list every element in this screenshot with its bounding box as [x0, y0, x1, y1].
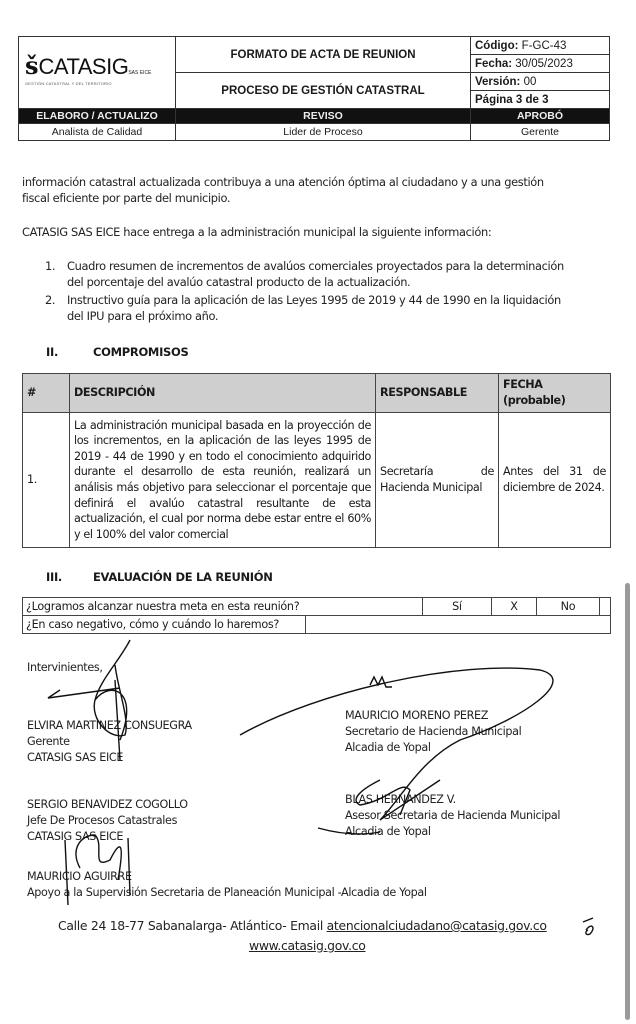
role-heading: APROBÓ — [471, 109, 610, 124]
signatories-intro: Intervinientes, — [27, 660, 103, 676]
role-value: Analista de Calidad — [19, 124, 176, 141]
catasig-logo-icon: š — [25, 51, 39, 80]
footer-website: www.catasig.gov.co — [249, 938, 366, 953]
role-value: Lider de Proceso — [176, 124, 471, 141]
list-item: 2. Instructivo guía para la aplicación d… — [45, 292, 561, 324]
role-value: Gerente — [471, 124, 610, 141]
codigo: Código: F-GC-43 — [471, 37, 610, 55]
signatory-block: ELVIRA MARTINEZ CONSUEGRAGerenteCATASIG … — [27, 718, 192, 766]
pagina: Página 3 de 3 — [471, 91, 610, 109]
si-checkbox[interactable]: X — [491, 598, 536, 616]
section-title: EVALUACIÓN DE LA REUNIÓN — [93, 570, 273, 584]
version: Versión: 00 — [471, 73, 610, 91]
evaluation-table: ¿Logramos alcanzar nuestra meta en esta … — [22, 597, 611, 634]
paragraph-1: información catastral actualizada contri… — [22, 174, 544, 206]
logo-tagline: GESTIÓN CATASTRAL Y DEL TERRITORIO — [25, 81, 151, 86]
table-row: ¿En caso negativo, cómo y cuándo lo hare… — [23, 616, 611, 634]
list-item: 1. Cuadro resumen de incrementos de aval… — [45, 258, 564, 290]
section-number: II. — [46, 345, 58, 359]
signatory-block: MAURICIO AGUIRREApoyo a la Supervisión S… — [27, 869, 427, 901]
table-header-row: # DESCRIPCIÓN RESPONSABLE FECHA(probable… — [23, 374, 611, 413]
role-heading: REVISO — [176, 109, 471, 124]
section-title: COMPROMISOS — [93, 345, 188, 359]
fecha: Fecha: 30/05/2023 — [471, 55, 610, 73]
paragraph-2: CATASIG SAS EICE hace entrega a la admin… — [22, 224, 491, 240]
form-title: FORMATO DE ACTA DE REUNION — [176, 37, 471, 73]
section-number: III. — [46, 570, 62, 584]
table-row: ¿Logramos alcanzar nuestra meta en esta … — [23, 598, 611, 616]
role-heading: ELABORO / ACTUALIZO — [19, 109, 176, 124]
signatory-block: MAURICIO MORENO PEREZSecretario de Hacie… — [345, 708, 521, 756]
footer-address: Calle 24 18-77 Sabanalarga- Atlántico- E… — [58, 918, 547, 933]
document-header: šCATASIGSAS EICE GESTIÓN CATASTRAL Y DEL… — [18, 36, 610, 141]
answer-field[interactable] — [306, 616, 611, 634]
logo-cell: šCATASIGSAS EICE GESTIÓN CATASTRAL Y DEL… — [19, 37, 176, 109]
commitments-table: # DESCRIPCIÓN RESPONSABLE FECHA(probable… — [22, 373, 611, 548]
table-row: 1. La administración municipal basada en… — [23, 413, 611, 548]
signatory-block: BLAS HERNANDEZ V.Asesor Secretaria de Ha… — [345, 792, 560, 840]
catasig-logo: šCATASIGSAS EICE GESTIÓN CATASTRAL Y DEL… — [25, 51, 151, 86]
website-link[interactable]: www.catasig.gov.co — [249, 938, 366, 953]
vertical-scrollbar[interactable] — [625, 583, 630, 1020]
footer-email-link[interactable]: atencionalciudadano@catasig.gov.co — [327, 918, 547, 933]
process-title: PROCESO DE GESTIÓN CATASTRAL — [176, 73, 471, 109]
signatory-block: SERGIO BENAVIDEZ COGOLLOJefe De Procesos… — [27, 797, 188, 845]
no-checkbox[interactable] — [599, 598, 610, 616]
